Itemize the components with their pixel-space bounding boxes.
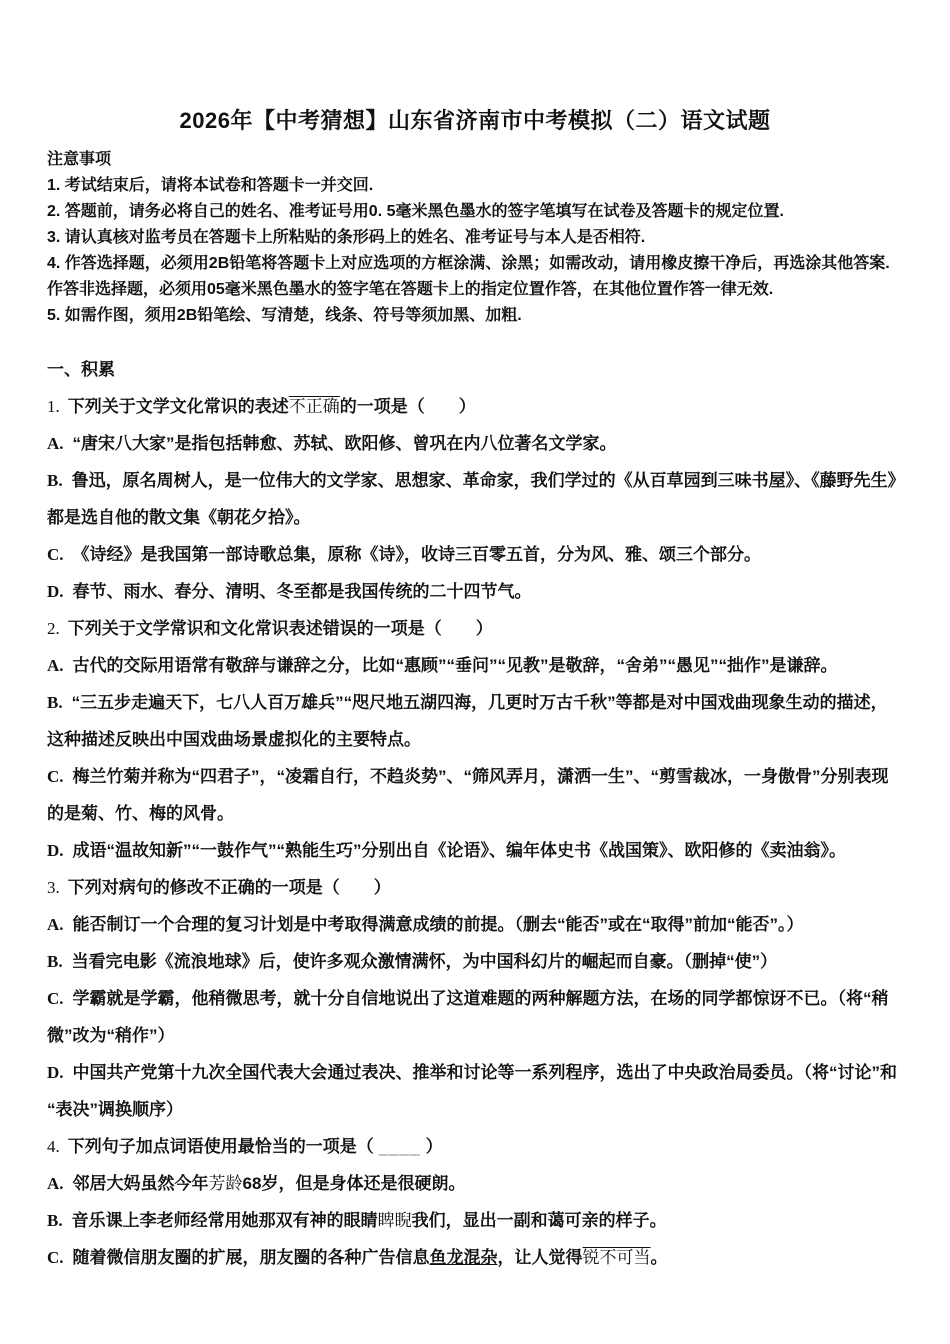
emphasized-word: 锐不可当	[583, 1248, 651, 1267]
option-text: 。	[651, 1248, 668, 1267]
emphasized-word: 芳龄	[209, 1174, 243, 1193]
option-text: 成语“温故知新”“一鼓作气”“熟能生巧”分别出自《论语》、编年体史书《战国策》、…	[73, 841, 847, 860]
option-letter: A.	[47, 1174, 64, 1193]
notice-item: 3. 请认真核对监考员在答题卡上所粘贴的条形码上的姓名、准考证号与本人是否相符.	[47, 225, 903, 251]
option-text: 中国共产党第十九次全国代表大会通过表决、推举和讨论等一系列程序，选出了中央政治局…	[47, 1063, 897, 1119]
answer-blank: ____	[374, 1137, 426, 1156]
option-text: “唐宋八大家”是指包括韩愈、苏轼、欧阳修、曾巩在内八位著名文学家。	[73, 434, 617, 453]
question-2-stem: 2.下列关于文学常识和文化常识表述错误的一项是（ ）	[47, 610, 903, 647]
option-letter: A.	[47, 656, 64, 675]
question-4-option-b: B.音乐课上李老师经常用她那双有神的眼睛睥睨我们，显出一副和蔼可亲的样子。	[47, 1202, 903, 1239]
question-2-option-c: C.梅兰竹菊并称为“四君子”，“凌霜自行，不趋炎势”、“筛风弄月，潇洒一生”、“…	[47, 758, 903, 832]
option-letter: C.	[47, 767, 64, 786]
stem-text: 下列关于文学文化常识的表述	[68, 397, 289, 416]
option-letter: A.	[47, 915, 64, 934]
option-text: 春节、雨水、春分、清明、冬至都是我国传统的二十四节气。	[73, 582, 532, 601]
emphasized-word: 不正确	[289, 397, 340, 416]
emphasized-word: 鱼龙混杂	[430, 1248, 498, 1267]
option-text: 《诗经》是我国第一部诗歌总集，原称《诗》，收诗三百零五首，分为风、雅、颂三个部分…	[73, 545, 762, 564]
question-1-option-b: B.鲁迅，原名周树人，是一位伟大的文学家、思想家、革命家，我们学过的《从百草园到…	[47, 462, 903, 536]
question-2-option-d: D.成语“温故知新”“一鼓作气”“熟能生巧”分别出自《论语》、编年体史书《战国策…	[47, 832, 903, 869]
notice-item: 4. 作答选择题，必须用2B铅笔将答题卡上对应选项的方框涂满、涂黑；如需改动，请…	[47, 251, 903, 303]
option-text: 随着微信朋友圈的扩展，朋友圈的各种广告信息	[73, 1248, 430, 1267]
question-1-option-d: D.春节、雨水、春分、清明、冬至都是我国传统的二十四节气。	[47, 573, 903, 610]
question-number: 2.	[47, 619, 60, 638]
option-letter: D.	[47, 582, 64, 601]
option-letter: B.	[47, 952, 63, 971]
question-2: 2.下列关于文学常识和文化常识表述错误的一项是（ ） A.古代的交际用语常有敬辞…	[47, 610, 903, 869]
section-heading-accumulation: 一、积累	[47, 351, 903, 388]
notice-item: 5. 如需作图，须用2B铅笔绘、写清楚，线条、符号等须加黑、加粗.	[47, 303, 903, 329]
option-letter: B.	[47, 1211, 63, 1230]
notice-section: 注意事项 1. 考试结束后，请将本试卷和答题卡一并交回. 2. 答题前，请务必将…	[47, 146, 903, 329]
option-letter: A.	[47, 434, 64, 453]
question-2-option-a: A.古代的交际用语常有敬辞与谦辞之分，比如“惠顾”“垂问”“见教”是敬辞，“舍弟…	[47, 647, 903, 684]
question-3-option-c: C.学霸就是学霸，他稍微思考，就十分自信地说出了这道难题的两种解题方法，在场的同…	[47, 980, 903, 1054]
question-1: 1.下列关于文学文化常识的表述不正确的一项是（ ） A.“唐宋八大家”是指包括韩…	[47, 388, 903, 610]
question-number: 4.	[47, 1137, 60, 1156]
stem-text: 下列句子加点词语使用最恰当的一项是（	[68, 1137, 374, 1156]
option-letter: B.	[47, 471, 63, 490]
page-title: 2026年【中考猜想】山东省济南市中考模拟（二）语文试题	[47, 106, 903, 136]
option-letter: D.	[47, 841, 64, 860]
question-3: 3.下列对病句的修改不正确的一项是（ ） A.能否制订一个合理的复习计划是中考取…	[47, 869, 903, 1128]
option-text: 能否制订一个合理的复习计划是中考取得满意成绩的前提。（删去“能否”或在“取得”前…	[73, 915, 804, 934]
question-4-stem: 4.下列句子加点词语使用最恰当的一项是（____）	[47, 1128, 903, 1165]
stem-text: ）	[426, 1137, 443, 1156]
emphasized-word: 睥睨	[378, 1211, 412, 1230]
option-text: 鲁迅，原名周树人，是一位伟大的文学家、思想家、革命家，我们学过的《从百草园到三味…	[47, 471, 896, 527]
option-text: 古代的交际用语常有敬辞与谦辞之分，比如“惠顾”“垂问”“见教”是敬辞，“舍弟”“…	[73, 656, 838, 675]
notice-item: 1. 考试结束后，请将本试卷和答题卡一并交回.	[47, 173, 903, 199]
question-1-stem: 1.下列关于文学文化常识的表述不正确的一项是（ ）	[47, 388, 903, 425]
stem-text: 下列关于文学常识和文化常识表述错误的一项是（ ）	[68, 619, 493, 638]
question-3-option-b: B.当看完电影《流浪地球》后，使许多观众激情满怀，为中国科幻片的崛起而自豪。（删…	[47, 943, 903, 980]
question-1-option-a: A.“唐宋八大家”是指包括韩愈、苏轼、欧阳修、曾巩在内八位著名文学家。	[47, 425, 903, 462]
exam-paper-page: 2026年【中考猜想】山东省济南市中考模拟（二）语文试题 注意事项 1. 考试结…	[0, 0, 950, 1344]
question-4-option-c: C.随着微信朋友圈的扩展，朋友圈的各种广告信息鱼龙混杂，让人觉得锐不可当。	[47, 1239, 903, 1276]
option-text: 我们，显出一副和蔼可亲的样子。	[412, 1211, 667, 1230]
question-number: 1.	[47, 397, 60, 416]
option-letter: C.	[47, 1248, 64, 1267]
option-text: “三五步走遍天下，七八人百万雄兵”“咫尺地五湖四海，几更时万古千秋”等都是对中国…	[47, 693, 888, 749]
option-text: ，让人觉得	[498, 1248, 583, 1267]
question-number: 3.	[47, 878, 60, 897]
option-text: 音乐课上李老师经常用她那双有神的眼睛	[72, 1211, 378, 1230]
option-text: 学霸就是学霸，他稍微思考，就十分自信地说出了这道难题的两种解题方法，在场的同学都…	[47, 989, 889, 1045]
question-4: 4.下列句子加点词语使用最恰当的一项是（____） A.邻居大妈虽然今年芳龄68…	[47, 1128, 903, 1276]
option-letter: C.	[47, 989, 64, 1008]
notice-heading: 注意事项	[47, 146, 903, 173]
question-2-option-b: B.“三五步走遍天下，七八人百万雄兵”“咫尺地五湖四海，几更时万古千秋”等都是对…	[47, 684, 903, 758]
stem-text: 的一项是（ ）	[340, 397, 476, 416]
question-1-option-c: C.《诗经》是我国第一部诗歌总集，原称《诗》，收诗三百零五首，分为风、雅、颂三个…	[47, 536, 903, 573]
notice-item: 2. 答题前，请务必将自己的姓名、准考证号用0. 5毫米黑色墨水的签字笔填写在试…	[47, 199, 903, 225]
option-letter: C.	[47, 545, 64, 564]
option-text: 邻居大妈虽然今年	[73, 1174, 209, 1193]
option-text: 当看完电影《流浪地球》后，使许多观众激情满怀，为中国科幻片的崛起而自豪。（删掉“…	[72, 952, 778, 971]
option-text: 68岁，但是身体还是很硬朗。	[243, 1174, 466, 1193]
question-3-option-d: D.中国共产党第十九次全国代表大会通过表决、推举和讨论等一系列程序，选出了中央政…	[47, 1054, 903, 1128]
question-3-stem: 3.下列对病句的修改不正确的一项是（ ）	[47, 869, 903, 906]
question-4-option-a: A.邻居大妈虽然今年芳龄68岁，但是身体还是很硬朗。	[47, 1165, 903, 1202]
stem-text: 下列对病句的修改不正确的一项是（ ）	[68, 878, 391, 897]
question-3-option-a: A.能否制订一个合理的复习计划是中考取得满意成绩的前提。（删去“能否”或在“取得…	[47, 906, 903, 943]
option-letter: B.	[47, 693, 63, 712]
option-text: 梅兰竹菊并称为“四君子”，“凌霜自行，不趋炎势”、“筛风弄月，潇洒一生”、“剪雪…	[47, 767, 889, 823]
option-letter: D.	[47, 1063, 64, 1082]
